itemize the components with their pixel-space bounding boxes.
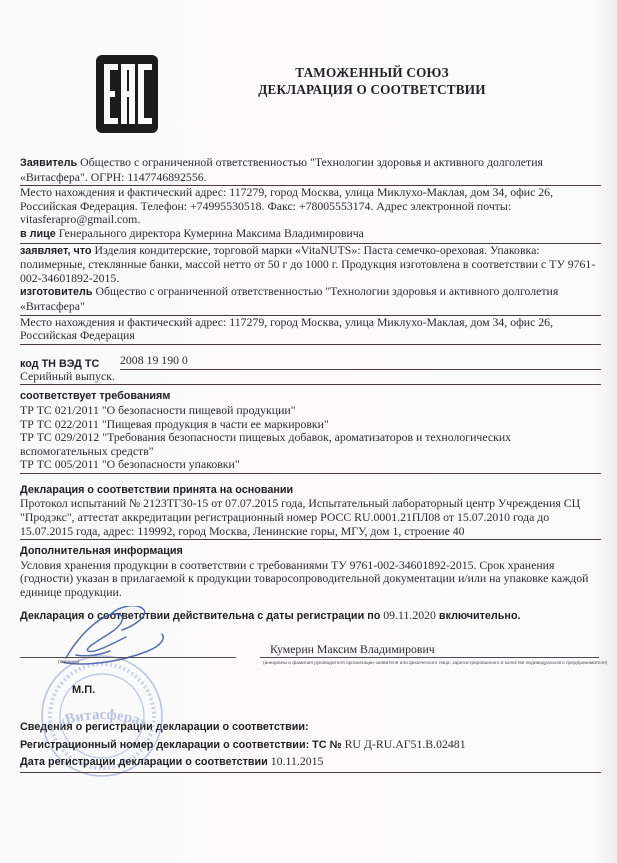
regulation-item: ТР ТС 021/2011 "О безопасности пищевой п… xyxy=(20,404,601,418)
regulation-item: ТР ТС 029/2012 "Требования безопасности … xyxy=(20,431,601,458)
declares-text: Изделия кондитерские, торговой марки «Vi… xyxy=(20,243,595,285)
regulation-item: ТР ТС 022/2011 "Пищевая продукция в част… xyxy=(20,418,601,432)
conformity-heading: соответствует требованиям xyxy=(20,389,601,404)
applicant-text: Общество с ограниченной ответственностью… xyxy=(20,155,543,184)
additional-heading: Дополнительная информация xyxy=(20,544,601,559)
signature-caption: (подпись) xyxy=(58,660,79,665)
registration-date-row: Дата регистрации декларации о соответств… xyxy=(20,755,601,773)
signature-line xyxy=(20,657,236,658)
manufacturer-address-row: Место нахождения и фактический адрес: 11… xyxy=(20,316,601,345)
basis-text: Протокол испытаний № 2123ТГ30-15 от 07.0… xyxy=(20,496,580,537)
document-body: Заявитель Общество с ограниченной ответс… xyxy=(20,156,601,773)
signature-block: «Витасфера» (подпись) Кумерин Максим Вла… xyxy=(20,628,601,718)
signatory-name: Кумерин Максим Владимирович xyxy=(270,642,435,657)
registration-date-value: 10.11.2015 xyxy=(271,754,324,768)
seal-place-label: М.П. xyxy=(72,684,95,696)
eac-logo xyxy=(95,54,159,134)
manufacturer-label: изготовитель xyxy=(20,286,93,298)
declares-label: заявляет, что xyxy=(20,245,92,257)
serial-text: Серийный выпуск. xyxy=(20,369,115,383)
basis-heading: Декларация о соответствии принята на осн… xyxy=(20,483,601,498)
signatory-name-line xyxy=(260,657,599,658)
in-person-label: в лице xyxy=(20,228,56,240)
registration-number-row: Регистрационный номер декларации о соотв… xyxy=(20,738,601,753)
applicant-label: Заявитель xyxy=(20,157,77,169)
document-title: ТАМОЖЕННЫЙ СОЮЗ ДЕКЛАРАЦИЯ О СООТВЕТСТВИ… xyxy=(202,64,542,98)
validity-date: 09.11.2020 xyxy=(383,608,436,622)
additional-text-row: Условия хранения продукции в соответстви… xyxy=(20,559,601,600)
signatory-note: (инициалы и фамилия руководителя организ… xyxy=(263,661,608,667)
title-line1: ТАМОЖЕННЫЙ СОЮЗ xyxy=(202,64,542,81)
manufacturer-row: изготовитель Общество с ограниченной отв… xyxy=(20,285,601,315)
regulation-item: ТР ТС 005/2011 "О безопасности упаковки" xyxy=(20,458,601,474)
registration-number-label: Регистрационный номер декларации о соотв… xyxy=(20,739,342,751)
manufacturer-address: Место нахождения и фактический адрес: 11… xyxy=(20,315,553,343)
serial-row: Серийный выпуск. xyxy=(20,370,601,386)
tnved-code-row: код ТН ВЭД ТС 2008 19 190 0 xyxy=(20,353,601,370)
title-line2: ДЕКЛАРАЦИЯ О СООТВЕТСТВИИ xyxy=(202,81,542,98)
declaration-document: ТАМОЖЕННЫЙ СОЮЗ ДЕКЛАРАЦИЯ О СООТВЕТСТВИ… xyxy=(0,0,617,863)
tnved-code-value: 2008 19 190 0 xyxy=(120,353,601,370)
stamp-center-text: «Витасфера» xyxy=(56,707,150,731)
in-person-text: Генерального директора Кумерина Максима … xyxy=(59,226,364,240)
validity-label-after: включительно. xyxy=(439,610,521,622)
declares-row: заявляет, что Изделия кондитерские, торг… xyxy=(20,244,601,286)
additional-text: Условия хранения продукции в соответстви… xyxy=(20,558,588,599)
basis-text-row: Протокол испытаний № 2123ТГ30-15 от 07.0… xyxy=(20,497,601,540)
manufacturer-text: Общество с ограниченной ответственностью… xyxy=(20,284,558,313)
applicant-address: Место нахождения и фактический адрес: 11… xyxy=(20,185,553,226)
in-person-row: в лице Генерального директора Кумерина М… xyxy=(20,227,601,244)
svg-text:«Витасфера»: «Витасфера» xyxy=(56,707,150,731)
applicant-row: Заявитель Общество с ограниченной ответс… xyxy=(20,156,601,186)
registration-date-label: Дата регистрации декларации о соответств… xyxy=(20,756,268,768)
applicant-address-row: Место нахождения и фактический адрес: 11… xyxy=(20,186,601,227)
registration-number-value: RU Д-RU.АГ51.В.02481 xyxy=(345,737,466,751)
